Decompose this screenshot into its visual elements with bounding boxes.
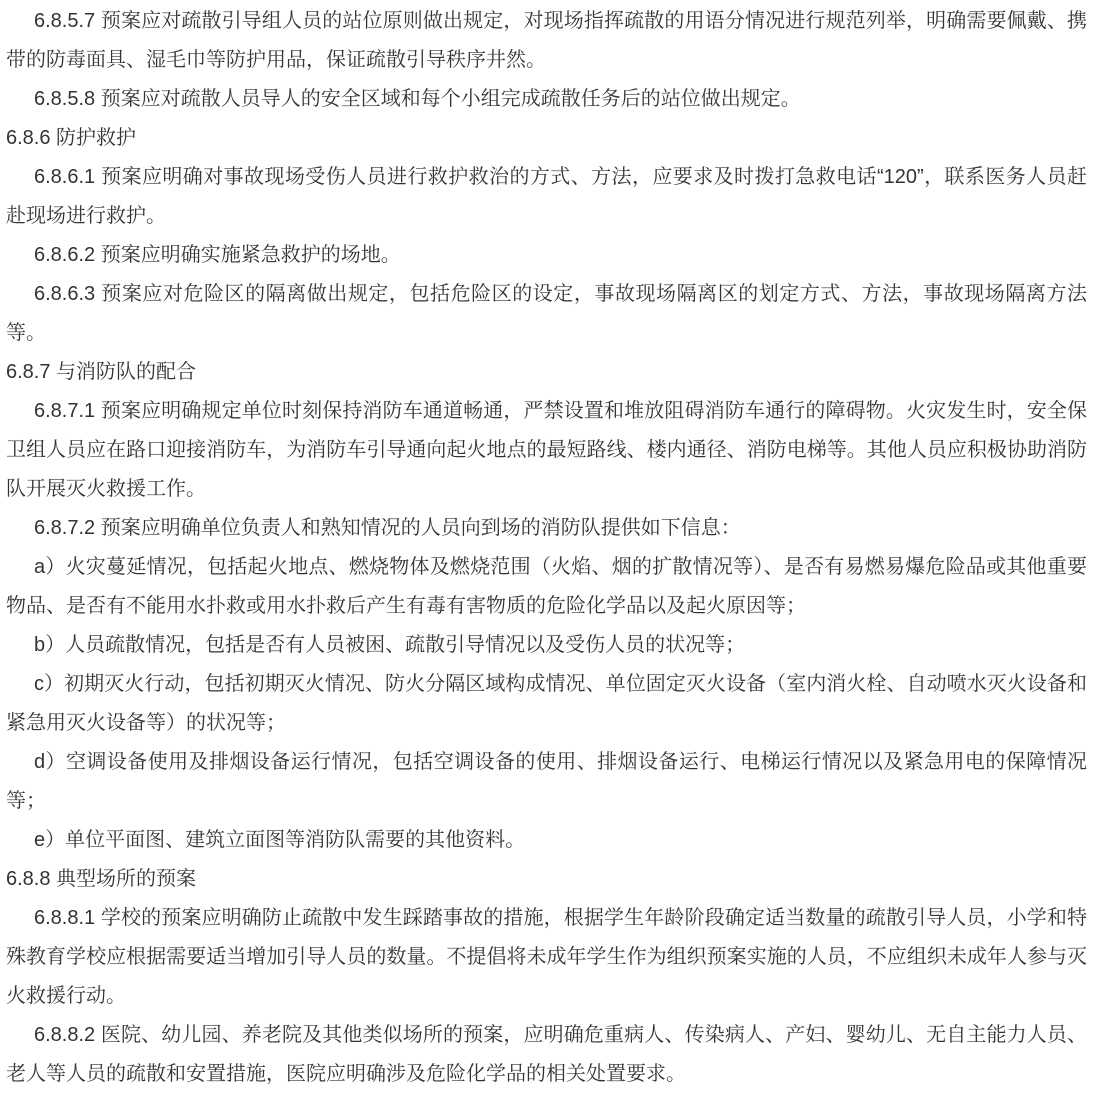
heading-6-8-7: 6.8.7 与消防队的配合: [6, 353, 1087, 392]
clause-6-8-7-2: 6.8.7.2 预案应明确单位负责人和熟知情况的人员向到场的消防队提供如下信息：: [6, 509, 1087, 548]
clause-6-8-7-1: 6.8.7.1 预案应明确规定单位时刻保持消防车通道畅通，严禁设置和堆放阻碍消防…: [6, 392, 1087, 509]
list-item-c: c）初期灭火行动，包括初期灭火情况、防火分隔区域构成情况、单位固定灭火设备（室内…: [6, 665, 1087, 743]
clause-6-8-8-1: 6.8.8.1 学校的预案应明确防止疏散中发生踩踏事故的措施，根据学生年龄阶段确…: [6, 899, 1087, 1016]
clause-6-8-5-8: 6.8.5.8 预案应对疏散人员导人的安全区域和每个小组完成疏散任务后的站位做出…: [6, 80, 1087, 119]
clause-6-8-8-2: 6.8.8.2 医院、幼儿园、养老院及其他类似场所的预案，应明确危重病人、传染病…: [6, 1016, 1087, 1094]
heading-6-8-6: 6.8.6 防护救护: [6, 119, 1087, 158]
list-item-d: d）空调设备使用及排烟设备运行情况，包括空调设备的使用、排烟设备运行、电梯运行情…: [6, 743, 1087, 821]
clause-6-8-6-3: 6.8.6.3 预案应对危险区的隔离做出规定，包括危险区的设定，事故现场隔离区的…: [6, 275, 1087, 353]
list-item-a: a）火灾蔓延情况，包括起火地点、燃烧物体及燃烧范围（火焰、烟的扩散情况等）、是否…: [6, 548, 1087, 626]
document-page: 6.8.5.7 预案应对疏散引导组人员的站位原则做出规定，对现场指挥疏散的用语分…: [0, 0, 1094, 1098]
clause-6-8-6-2: 6.8.6.2 预案应明确实施紧急救护的场地。: [6, 236, 1087, 275]
clause-6-8-6-1: 6.8.6.1 预案应明确对事故现场受伤人员进行救护救治的方式、方法，应要求及时…: [6, 158, 1087, 236]
list-item-b: b）人员疏散情况，包括是否有人员被困、疏散引导情况以及受伤人员的状况等；: [6, 626, 1087, 665]
heading-6-8-8: 6.8.8 典型场所的预案: [6, 860, 1087, 899]
clause-6-8-5-7: 6.8.5.7 预案应对疏散引导组人员的站位原则做出规定，对现场指挥疏散的用语分…: [6, 2, 1087, 80]
list-item-e: e）单位平面图、建筑立面图等消防队需要的其他资料。: [6, 821, 1087, 860]
